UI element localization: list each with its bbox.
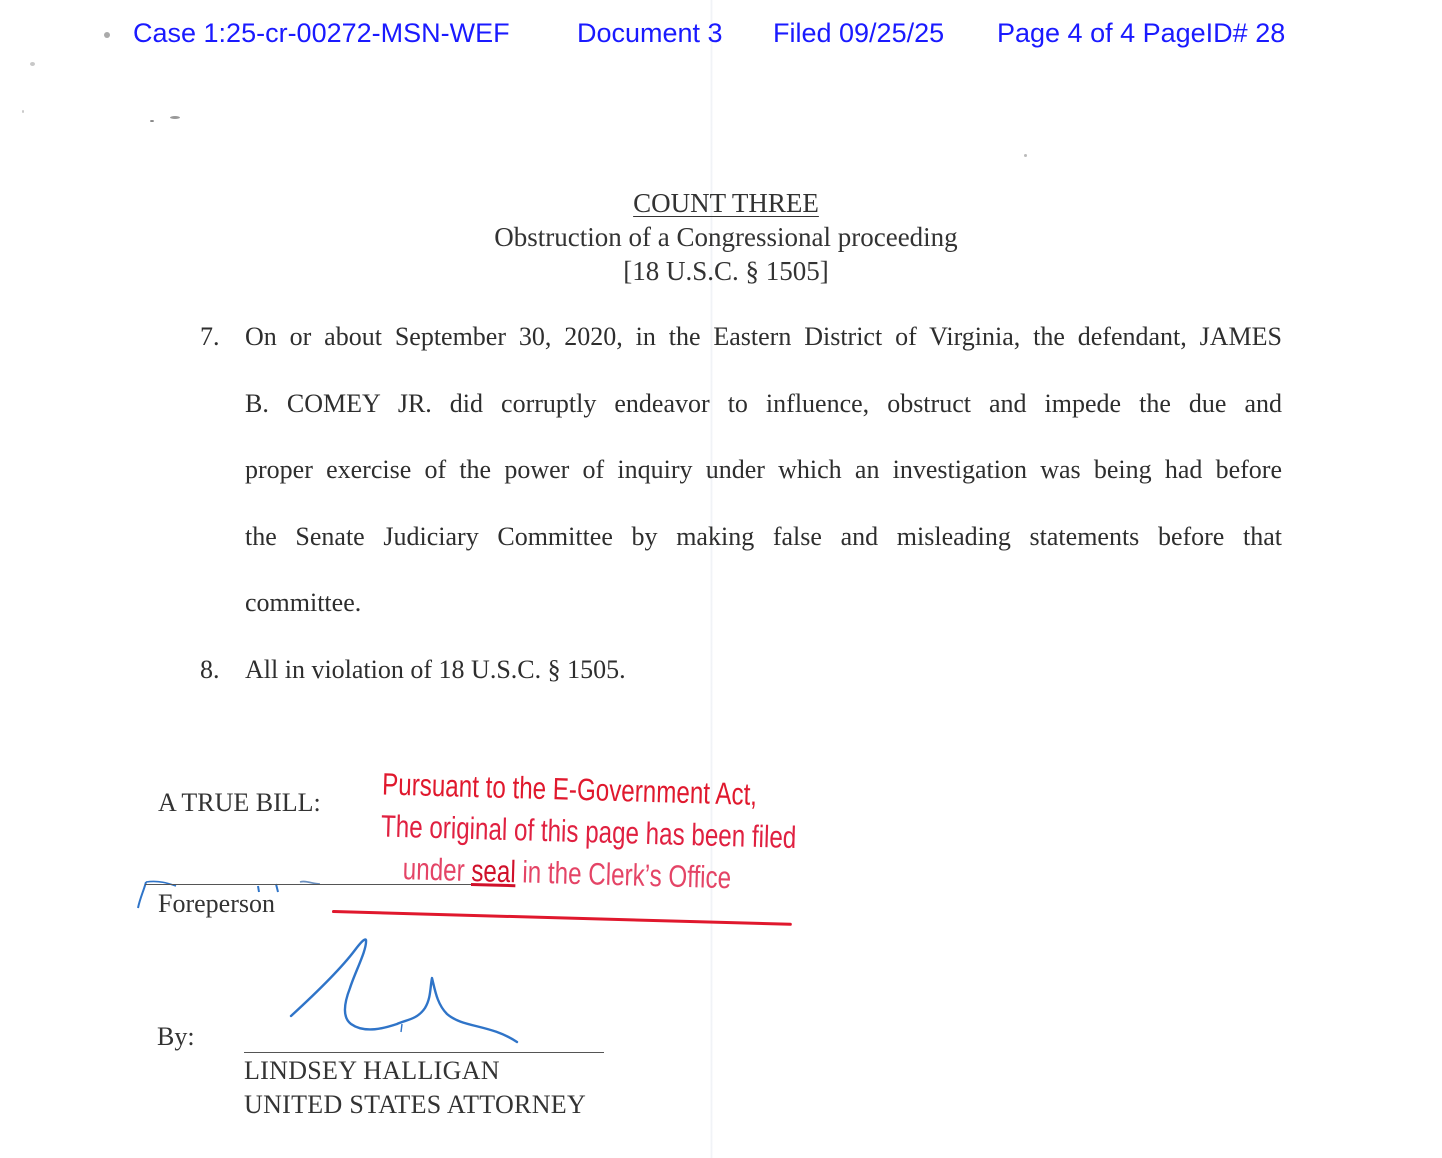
scan-speck [104, 32, 110, 38]
signer-name: LINDSEY HALLIGAN [244, 1056, 500, 1086]
scan-speck [1024, 154, 1027, 157]
attorney-signature [285, 928, 525, 1048]
paragraph-line: committee. [245, 588, 1282, 618]
paragraph-line: proper exercise of the power of inquiry … [245, 455, 1282, 485]
page-info: Page 4 of 4 PageID# 28 [997, 18, 1285, 49]
document-number: Document 3 [577, 18, 723, 49]
paragraph-line: B. COMEY JR. did corruptly endeavor to i… [245, 389, 1282, 419]
page-fold-line [710, 0, 713, 1158]
count-heading: COUNT THREE Obstruction of a Congression… [0, 186, 1442, 288]
stamp-text: under [402, 851, 472, 888]
signer-title: UNITED STATES ATTORNEY [244, 1090, 586, 1120]
scan-speck [150, 120, 154, 122]
paragraph-line: the Senate Judiciary Committee by making… [245, 522, 1282, 552]
case-number: Case 1:25-cr-00272-MSN-WEF [133, 18, 510, 49]
scan-speck [30, 62, 35, 66]
filed-date: Filed 09/25/25 [773, 18, 944, 49]
count-statute: [18 U.S.C. § 1505] [0, 254, 1442, 288]
stamp-text: in the Clerk’s Office [515, 854, 731, 895]
scan-speck [22, 110, 24, 113]
stamp-underline [332, 910, 792, 926]
count-title: COUNT THREE [0, 186, 1442, 220]
e-government-act-stamp: Pursuant to the E-Government Act, The or… [326, 762, 809, 901]
foreperson-label: Foreperson [158, 889, 275, 919]
true-bill-label: A TRUE BILL: [158, 788, 321, 818]
signature-line [244, 1052, 604, 1053]
scan-speck [170, 116, 180, 119]
stamp-seal-word: seal [471, 853, 516, 889]
paragraph-number: 8. [200, 655, 220, 685]
by-label: By: [157, 1022, 195, 1052]
paragraph-line: All in violation of 18 U.S.C. § 1505. [245, 655, 1282, 685]
count-subtitle: Obstruction of a Congressional proceedin… [0, 220, 1442, 254]
paragraph-line: On or about September 30, 2020, in the E… [245, 322, 1282, 352]
paragraph-number: 7. [200, 322, 220, 352]
